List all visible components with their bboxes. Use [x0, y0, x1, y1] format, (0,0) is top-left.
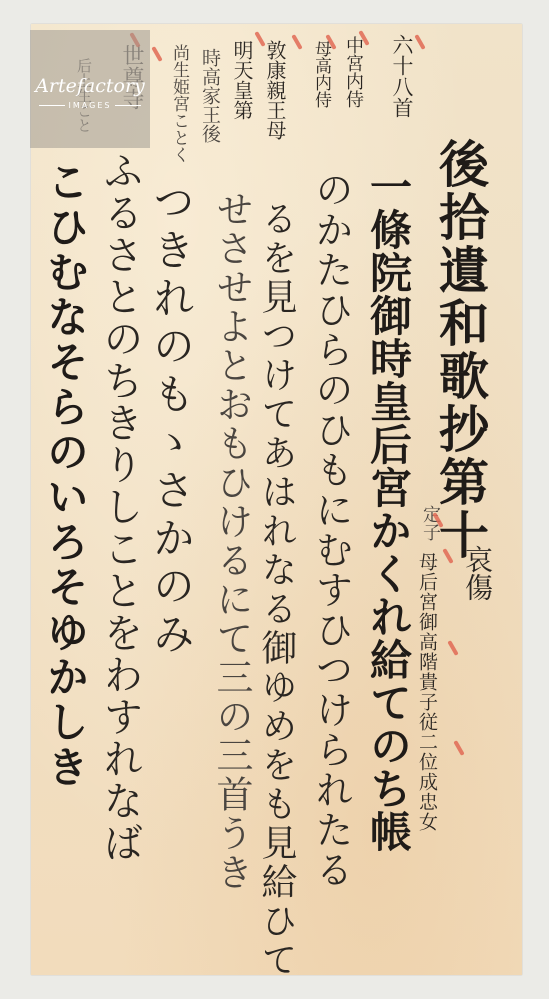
title-note: 定子 [421, 505, 439, 541]
annotation-column: 時高家王後 [200, 48, 219, 143]
watermark-rule [39, 105, 65, 106]
annotation-column: 中宮内侍 [344, 36, 362, 108]
watermark-rule [115, 105, 141, 106]
text-column: 一條院御時皇后宮かくれ給てのち帳 [367, 165, 409, 853]
text-column: ふるさとのちきりしことをわすれなば [100, 150, 140, 864]
count-note: 六十八首 [391, 34, 412, 118]
text-column: こひむなそらのいろそゆかしき [44, 160, 86, 790]
watermark-subtitle: IMAGES [39, 101, 142, 110]
watermark-brand: Artefactory [35, 75, 145, 97]
annotation-column: 尚生姫宮ことく [170, 44, 187, 163]
annotation-column: 母高内侍 [312, 40, 329, 108]
annotation-column: 明天皇第 [232, 40, 252, 120]
text-column: つきれのもゝさかのみ [150, 180, 192, 660]
watermark-overlay: Artefactory IMAGES [30, 30, 150, 148]
manuscript-title: 後拾遺和歌抄第十 [435, 138, 485, 562]
text-column: のかたひらのひもにむすひつけられたる [312, 170, 350, 890]
text-column: るを見つけてあはれなる御ゆめをも見給ひて [258, 200, 294, 980]
author-annotation: 母后宮御高階貴子従二位成忠女 [417, 552, 436, 832]
annotation-column: 敦康親王母 [265, 40, 285, 140]
watermark-sub-label: IMAGES [69, 101, 112, 110]
section-heading: 哀傷 [463, 545, 491, 601]
text-column: せさせよとおもひけるにて三の三首うき [213, 190, 250, 892]
